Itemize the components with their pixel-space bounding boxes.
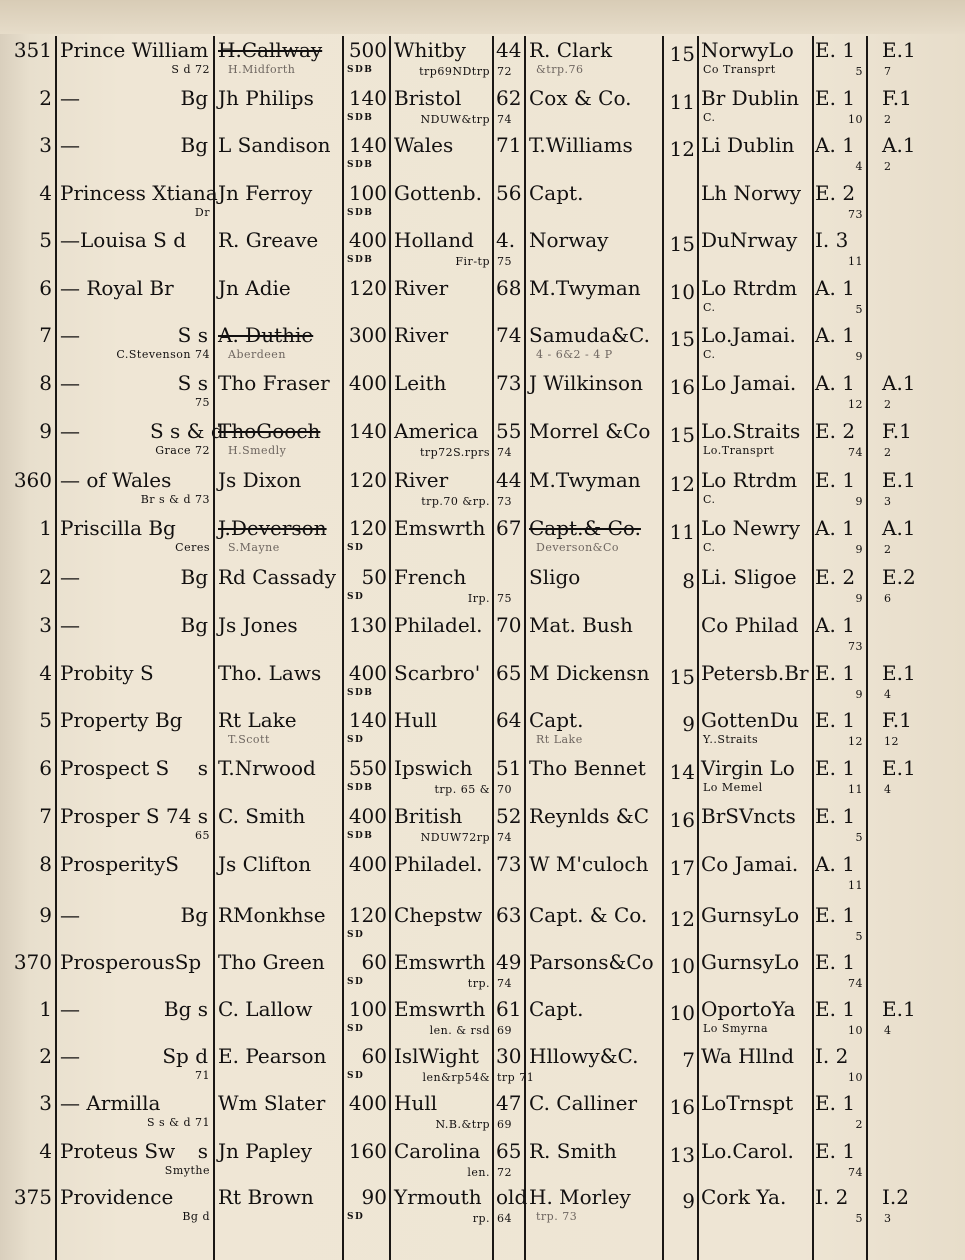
place-built: Scarbro': [394, 663, 480, 683]
class-rating: A. 1: [815, 278, 855, 298]
place-built: Philadel.: [394, 854, 482, 874]
master-note: H.Smedly: [228, 445, 286, 456]
ship-name: Property Bg: [60, 710, 182, 730]
class-note: 5: [815, 832, 863, 843]
class-rating-later: E.1: [882, 758, 916, 778]
class-later-note: 6: [884, 593, 892, 604]
age: 47: [496, 1093, 521, 1113]
place-built: Wales: [394, 135, 453, 155]
class-note: 5: [815, 66, 863, 77]
class-rating-later: A.1: [882, 518, 916, 538]
ship-note: 71: [92, 1070, 210, 1081]
voyage: NorwyLo: [701, 40, 794, 60]
entry-number: 3: [0, 135, 52, 155]
entry-number: 3: [0, 615, 52, 635]
age: 64: [496, 710, 521, 730]
class-later-note: 2: [884, 399, 892, 410]
tonnage: 160: [343, 1141, 387, 1161]
class-note: 5: [815, 304, 863, 315]
tonnage-note: SD: [347, 736, 364, 745]
class-note: 5: [815, 1213, 863, 1224]
place-built: Yrmouth: [394, 1187, 482, 1207]
owner: Tho Bennet: [529, 758, 646, 778]
ship-name: Princess Xtiana: [60, 183, 218, 203]
built-note: NDUW72rp: [394, 832, 490, 843]
voyage: Lo Rtrdm: [701, 470, 797, 490]
master-name: T.Nrwood: [218, 758, 316, 778]
master-name: Rd Cassady: [218, 567, 336, 587]
master-name: Js Jones: [218, 615, 298, 635]
voyage-note: Co Transprt: [703, 64, 776, 75]
voyage-note: C.: [703, 494, 716, 505]
tonnage-note: SD: [347, 593, 364, 602]
voyage-note: C.: [703, 349, 716, 360]
tonnage-note: SD: [347, 1213, 364, 1222]
tonnage: 90: [343, 1187, 387, 1207]
draught: 8: [663, 571, 695, 591]
class-note: 2: [815, 1119, 863, 1130]
register-row: 6 Prospect S s T.Nrwood 550 SDB Ipswich …: [0, 758, 965, 806]
tonnage: 400: [343, 1093, 387, 1113]
voyage: Virgin Lo: [701, 758, 795, 778]
age-note: 69: [497, 1025, 512, 1036]
place-built: Chepstw: [394, 905, 482, 925]
class-note: 9: [815, 544, 863, 555]
voyage: Lo Jamai.: [701, 373, 796, 393]
tonnage: 300: [343, 325, 387, 345]
class-rating: E. 2: [815, 183, 855, 203]
draught: 10: [663, 956, 695, 976]
ship-type: Bg s: [150, 999, 208, 1019]
voyage-note: Lo Memel: [703, 782, 763, 793]
ship-note: 75: [92, 397, 210, 408]
entry-number: 4: [0, 183, 52, 203]
age: 62: [496, 88, 521, 108]
tonnage-note: SDB: [347, 689, 373, 698]
register-row: 7 — S s C.Stevenson 74 A. Duthie Aberdee…: [0, 325, 965, 373]
class-rating: E. 1: [815, 952, 855, 972]
register-row: 7 Prosper S 74 s 65 C. Smith 400 SDB Bri…: [0, 806, 965, 854]
tonnage-note: SDB: [347, 209, 373, 218]
voyage: Li Dublin: [701, 135, 794, 155]
tonnage: 60: [343, 1046, 387, 1066]
master-name: Jh Philips: [218, 88, 314, 108]
age-note: 74: [497, 114, 512, 125]
master-note: H.Midforth: [228, 64, 295, 75]
tonnage: 100: [343, 183, 387, 203]
ship-note: Smythe: [92, 1165, 210, 1176]
draught: 12: [663, 909, 695, 929]
class-rating: A. 1: [815, 325, 855, 345]
place-built: Carolina: [394, 1141, 480, 1161]
master-name: C. Smith: [218, 806, 305, 826]
built-note: trp.: [394, 978, 490, 989]
register-page: 351 Prince William S d 72 H.Callway H.Mi…: [0, 0, 965, 1260]
class-note: 12: [815, 736, 863, 747]
tonnage-note: SDB: [347, 784, 373, 793]
master-name: RMonkhse: [218, 905, 326, 925]
place-built: Emswrth: [394, 952, 485, 972]
age: 49: [496, 952, 521, 972]
age: 56: [496, 183, 521, 203]
place-built: Whitby: [394, 40, 466, 60]
class-rating-later: F.1: [882, 421, 912, 441]
entry-number: 1: [0, 999, 52, 1019]
age: 4.: [496, 230, 515, 250]
built-note: NDUW&trp: [394, 114, 490, 125]
age: 63: [496, 905, 521, 925]
age: 73: [496, 373, 521, 393]
class-rating: A. 1: [815, 615, 855, 635]
class-later-note: 2: [884, 161, 892, 172]
master-name: Js Clifton: [218, 854, 311, 874]
master-name: Jn Papley: [218, 1141, 312, 1161]
age-note: 75: [497, 593, 512, 604]
place-built: Leith: [394, 373, 446, 393]
register-row: 370 ProsperousSp Tho Green 60 SD Emswrth…: [0, 952, 965, 1000]
ship-type: s: [150, 758, 208, 778]
class-note: 74: [815, 1167, 863, 1178]
place-built: Hull: [394, 1093, 437, 1113]
owner-note: trp. 73: [536, 1211, 577, 1222]
owner: Capt.: [529, 999, 583, 1019]
age-note: 74: [497, 978, 512, 989]
built-note: len. & rsd: [394, 1025, 490, 1036]
draught: 16: [663, 377, 695, 397]
built-note: trp69NDtrp: [394, 66, 490, 77]
owner-note: Deverson&Co: [536, 542, 619, 553]
ship-name: ProsperousSp: [60, 952, 201, 972]
age: 73: [496, 854, 521, 874]
built-note: Fir-tp: [394, 256, 490, 267]
place-built: British: [394, 806, 462, 826]
owner-note: Rt Lake: [536, 734, 583, 745]
master-name: Wm Slater: [218, 1093, 325, 1113]
tonnage-note: SD: [347, 1025, 364, 1034]
master-name: L Sandison: [218, 135, 331, 155]
class-rating: E. 1: [815, 806, 855, 826]
master-note: T.Scott: [228, 734, 270, 745]
class-later-note: 3: [884, 1213, 892, 1224]
voyage: Lo Rtrdm: [701, 278, 797, 298]
place-built: Emswrth: [394, 518, 485, 538]
class-rating: E. 1: [815, 710, 855, 730]
ship-note: Bg d: [92, 1211, 210, 1222]
master-name: Tho Fraser: [218, 373, 330, 393]
place-built: America: [394, 421, 478, 441]
ship-note: C.Stevenson 74: [92, 349, 210, 360]
tonnage-note: SD: [347, 931, 364, 940]
tonnage: 50: [343, 567, 387, 587]
class-later-note: 2: [884, 114, 892, 125]
tonnage: 140: [343, 135, 387, 155]
place-built: Ipswich: [394, 758, 473, 778]
ship-name: —Louisa S d: [60, 230, 186, 250]
entry-number: 375: [0, 1187, 52, 1207]
tonnage: 400: [343, 854, 387, 874]
ship-name: Providence: [60, 1187, 173, 1207]
class-note: 74: [815, 978, 863, 989]
class-rating-later: A.1: [882, 373, 916, 393]
register-row: 2 — Bg Rd Cassady 50 SD French Irp. 75 S…: [0, 567, 965, 615]
age: 51: [496, 758, 521, 778]
owner: M.Twyman: [529, 470, 641, 490]
ship-note: Ceres: [92, 542, 210, 553]
age: 67: [496, 518, 521, 538]
place-built: Hull: [394, 710, 437, 730]
owner: Reynlds &C: [529, 806, 649, 826]
class-note: 9: [815, 689, 863, 700]
master-name: Rt Brown: [218, 1187, 314, 1207]
class-note: 11: [815, 784, 863, 795]
age: 55: [496, 421, 521, 441]
class-note: 11: [815, 880, 863, 891]
entry-number: 8: [0, 373, 52, 393]
class-rating-later: E.1: [882, 40, 916, 60]
class-later-note: 4: [884, 689, 892, 700]
age-note: 74: [497, 447, 512, 458]
owner: M Dickensn: [529, 663, 649, 683]
owner: H. Morley: [529, 1187, 631, 1207]
class-rating: E. 1: [815, 905, 855, 925]
ship-type: Bg: [150, 905, 208, 925]
draught: 9: [663, 714, 695, 734]
place-built: French: [394, 567, 466, 587]
register-row: 360 — of Wales Br s & d 73 Js Dixon 120 …: [0, 470, 965, 518]
owner: Sligo: [529, 567, 580, 587]
age: 44: [496, 470, 521, 490]
draught: 15: [663, 234, 695, 254]
place-built: River: [394, 278, 448, 298]
class-rating: A. 1: [815, 135, 855, 155]
owner: R. Smith: [529, 1141, 617, 1161]
voyage: DuNrway: [701, 230, 797, 250]
master-name: Jn Ferroy: [218, 183, 312, 203]
ship-name: —: [60, 421, 80, 441]
age: 61: [496, 999, 521, 1019]
class-rating: E. 1: [815, 1141, 855, 1161]
tonnage-note: SD: [347, 978, 364, 987]
owner: W M'culoch: [529, 854, 649, 874]
register-row: 3 — Bg Js Jones 130 Philadel. 70 Mat. Bu…: [0, 615, 965, 663]
tonnage-note: SD: [347, 1072, 364, 1081]
voyage: Co Philad: [701, 615, 799, 635]
built-note: trp. 65 &: [394, 784, 490, 795]
ship-name: — Armilla: [60, 1093, 160, 1113]
built-note: trp72S.rprs: [394, 447, 490, 458]
owner: T.Williams: [529, 135, 633, 155]
tonnage-note: SDB: [347, 256, 373, 265]
master-name: A. Duthie: [218, 325, 313, 345]
register-row: 9 — S s & d Grace 72 ThoGooch H.Smedly 1…: [0, 421, 965, 469]
entry-number: 6: [0, 278, 52, 298]
class-note: 9: [815, 351, 863, 362]
entry-number: 1: [0, 518, 52, 538]
class-rating-later: F.1: [882, 710, 912, 730]
built-note: len.: [394, 1167, 490, 1178]
age-note: 72: [497, 66, 512, 77]
class-note: 74: [815, 447, 863, 458]
class-note: 4: [815, 161, 863, 172]
place-built: River: [394, 325, 448, 345]
owner: Cox & Co.: [529, 88, 632, 108]
ship-name: Priscilla Bg: [60, 518, 176, 538]
place-built: Philadel.: [394, 615, 482, 635]
class-rating: E. 1: [815, 40, 855, 60]
ship-type: S s: [150, 373, 208, 393]
voyage: Lh Norwy: [701, 183, 801, 203]
owner-note: &trp.76: [536, 64, 584, 75]
class-rating: E. 2: [815, 421, 855, 441]
voyage: GurnsyLo: [701, 905, 799, 925]
tonnage-note: SDB: [347, 114, 373, 123]
tonnage: 400: [343, 663, 387, 683]
draught: 9: [663, 1191, 695, 1211]
owner: R. Clark: [529, 40, 612, 60]
tonnage: 400: [343, 373, 387, 393]
class-note: 10: [815, 1072, 863, 1083]
entry-number: 360: [0, 470, 52, 490]
owner: Capt.: [529, 710, 583, 730]
voyage-note: Lo Smyrna: [703, 1023, 768, 1034]
age-note: 74: [497, 832, 512, 843]
owner: C. Calliner: [529, 1093, 637, 1113]
draught: 12: [663, 474, 695, 494]
class-note: 9: [815, 593, 863, 604]
class-note: 11: [815, 256, 863, 267]
tonnage: 400: [343, 230, 387, 250]
ship-note: 65: [92, 830, 210, 841]
ship-type: Bg: [150, 615, 208, 635]
class-rating-later: I.2: [882, 1187, 909, 1207]
ship-type: Bg: [150, 135, 208, 155]
class-rating: A. 1: [815, 518, 855, 538]
age-note: 70: [497, 784, 512, 795]
built-note: len&rp54&: [394, 1072, 490, 1083]
class-rating: E. 1: [815, 1093, 855, 1113]
master-name: Rt Lake: [218, 710, 297, 730]
voyage: GurnsyLo: [701, 952, 799, 972]
ship-type: 74 s: [150, 806, 208, 826]
ship-note: S s & d 71: [92, 1117, 210, 1128]
voyage: Lo.Straits: [701, 421, 800, 441]
draught: 16: [663, 810, 695, 830]
class-rating-later: E.1: [882, 999, 916, 1019]
master-name: ThoGooch: [218, 421, 320, 441]
owner: Capt.& Co.: [529, 518, 641, 538]
age-note: 64: [497, 1213, 512, 1224]
draught: 15: [663, 425, 695, 445]
class-rating-later: E.2: [882, 567, 916, 587]
age: 30: [496, 1046, 521, 1066]
draught: 7: [663, 1050, 695, 1070]
ship-name: —: [60, 373, 80, 393]
entry-number: 6: [0, 758, 52, 778]
ship-type: s: [150, 1141, 208, 1161]
voyage: OportoYa: [701, 999, 795, 1019]
entry-number: 3: [0, 1093, 52, 1113]
age: old: [496, 1187, 527, 1207]
class-later-note: 2: [884, 544, 892, 555]
voyage: Br Dublin: [701, 88, 799, 108]
ship-name: —: [60, 615, 80, 635]
page-top-edge: [0, 0, 965, 34]
voyage-note: C.: [703, 542, 716, 553]
ship-note: Br s & d 73: [92, 494, 210, 505]
register-row: 3 — Armilla S s & d 71 Wm Slater 400 Hul…: [0, 1093, 965, 1141]
class-rating: E. 1: [815, 999, 855, 1019]
voyage-note: Y..Straits: [703, 734, 758, 745]
voyage: Lo.Jamai.: [701, 325, 796, 345]
class-later-note: 12: [884, 736, 899, 747]
entry-number: 2: [0, 88, 52, 108]
class-rating: E. 1: [815, 88, 855, 108]
age: 65: [496, 663, 521, 683]
owner: M.Twyman: [529, 278, 641, 298]
draught: 10: [663, 282, 695, 302]
master-name: R. Greave: [218, 230, 318, 250]
place-built: Gottenb.: [394, 183, 482, 203]
ship-type: S s: [150, 325, 208, 345]
class-rating: E. 1: [815, 663, 855, 683]
class-note: 5: [815, 931, 863, 942]
class-rating: A. 1: [815, 373, 855, 393]
tonnage: 120: [343, 278, 387, 298]
register-row: 2 — Sp d 71 E. Pearson 60 SD IslWight le…: [0, 1046, 965, 1094]
class-rating-later: E.1: [882, 470, 916, 490]
register-row: 8 — S s 75 Tho Fraser 400 Leith 73 J Wil…: [0, 373, 965, 421]
draught: 15: [663, 44, 695, 64]
master-name: Tho Green: [218, 952, 325, 972]
owner: Norway: [529, 230, 608, 250]
entry-number: 9: [0, 905, 52, 925]
tonnage: 120: [343, 518, 387, 538]
draught: 13: [663, 1145, 695, 1165]
draught: 15: [663, 667, 695, 687]
built-note: trp.70 &rp.: [394, 496, 490, 507]
ship-type: S s & d: [150, 421, 208, 441]
place-built: Bristol: [394, 88, 461, 108]
age-note: 75: [497, 256, 512, 267]
ship-name: — Royal Br: [60, 278, 174, 298]
tonnage: 60: [343, 952, 387, 972]
draught: 17: [663, 858, 695, 878]
register-row: 5 Property Bg Rt Lake T.Scott 140 SD Hul…: [0, 710, 965, 758]
class-later-note: 4: [884, 784, 892, 795]
built-note: rp.: [394, 1213, 490, 1224]
master-note: S.Mayne: [228, 542, 280, 553]
owner: Capt.: [529, 183, 583, 203]
register-row: 9 — Bg RMonkhse 120 SD Chepstw 63 Capt. …: [0, 905, 965, 953]
class-note: 10: [815, 114, 863, 125]
tonnage-note: SDB: [347, 832, 373, 841]
owner: Hllowy&C.: [529, 1046, 638, 1066]
master-name: J.Deverson: [218, 518, 327, 538]
draught: 11: [663, 92, 695, 112]
register-row: 4 Proteus Sw s Smythe Jn Papley 160 Caro…: [0, 1141, 965, 1189]
age-note: 69: [497, 1119, 512, 1130]
entry-number: 7: [0, 806, 52, 826]
tonnage: 140: [343, 88, 387, 108]
ship-name: — of Wales: [60, 470, 171, 490]
built-note: N.B.&trp: [394, 1119, 490, 1130]
register-row: 4 Probity S Tho. Laws 400 SDB Scarbro' 6…: [0, 663, 965, 711]
class-note: 9: [815, 496, 863, 507]
entry-number: 2: [0, 567, 52, 587]
voyage: BrSVncts: [701, 806, 796, 826]
entry-number: 7: [0, 325, 52, 345]
master-name: E. Pearson: [218, 1046, 326, 1066]
